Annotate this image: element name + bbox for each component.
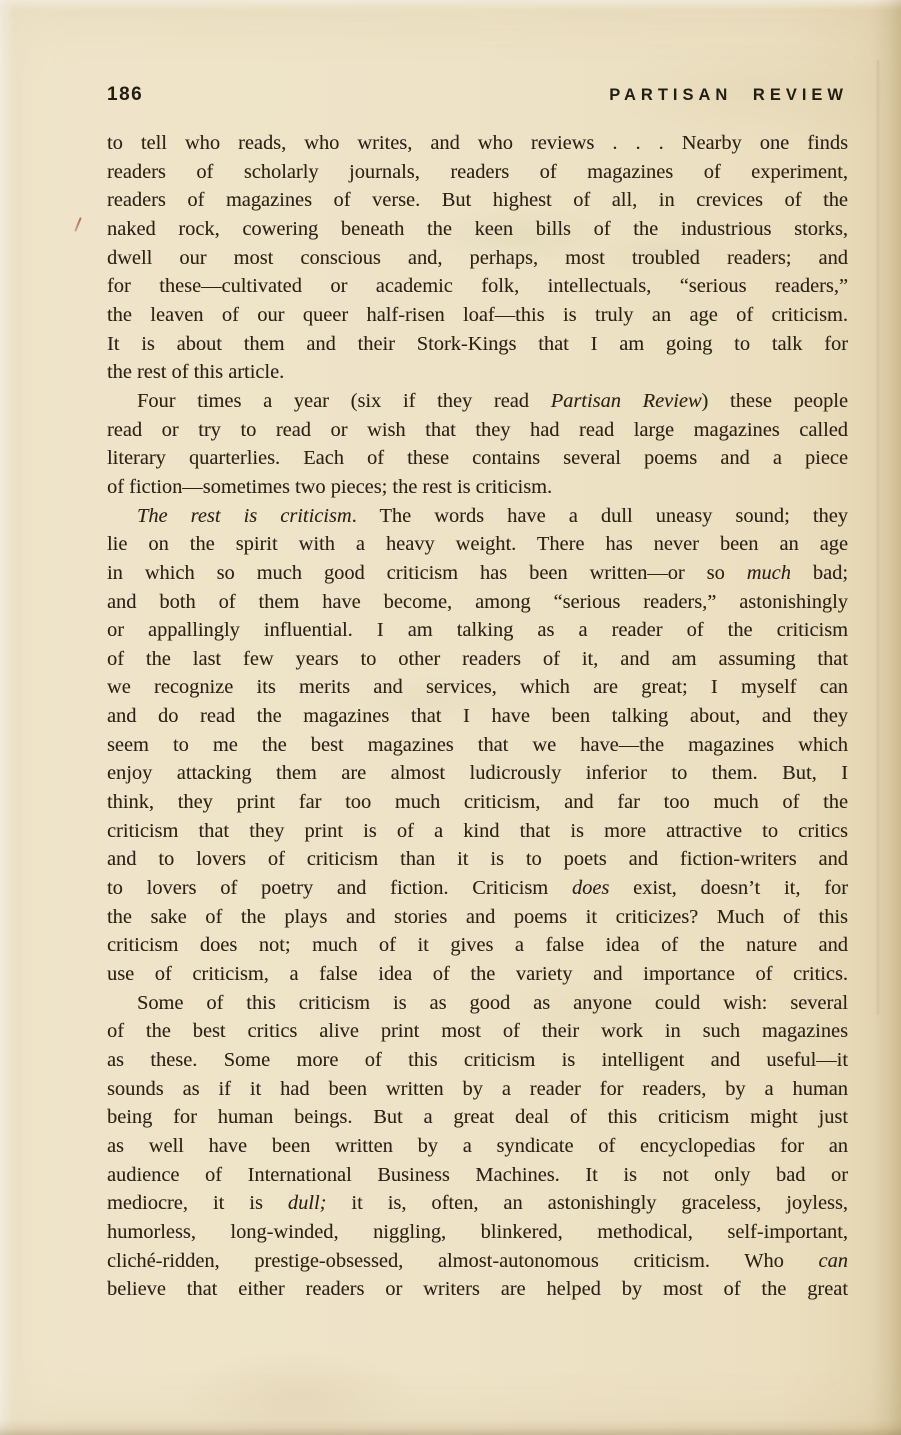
text-line: of fiction—sometimes two pieces; the res… xyxy=(107,473,848,502)
text-line: The rest is criticism. The words have a … xyxy=(107,502,848,531)
text-line: the rest of this article. xyxy=(107,358,848,387)
text-line: to tell who reads, who writes, and who r… xyxy=(107,129,848,158)
text-line: we recognize its merits and services, wh… xyxy=(107,673,848,702)
article-body: to tell who reads, who writes, and who r… xyxy=(107,129,848,1304)
text-line: the leaven of our queer half-risen loaf—… xyxy=(107,301,848,330)
text-line: lie on the spirit with a heavy weight. T… xyxy=(107,530,848,559)
text-line: Four times a year (six if they read Part… xyxy=(107,387,848,416)
text-line: sounds as if it had been written by a re… xyxy=(107,1075,848,1104)
text-line: It is about them and their Stork-Kings t… xyxy=(107,330,848,359)
text-line: dwell our most conscious and, perhaps, m… xyxy=(107,244,848,273)
page-edge-bottom xyxy=(0,1419,901,1435)
text-line: of the best critics alive print most of … xyxy=(107,1017,848,1046)
running-head: PARTISAN REVIEW xyxy=(609,86,848,105)
page-number: 186 xyxy=(107,84,143,106)
text-line: read or try to read or wish that they ha… xyxy=(107,416,848,445)
text-line: think, they print far too much criticism… xyxy=(107,788,848,817)
text-line: as well have been written by a syndicate… xyxy=(107,1132,848,1161)
text-line: to lovers of poetry and fiction. Critici… xyxy=(107,874,848,903)
text-line: in which so much good criticism has been… xyxy=(107,559,848,588)
text-line: readers of scholarly journals, readers o… xyxy=(107,158,848,187)
text-line: and both of them have become, among “ser… xyxy=(107,588,848,617)
page-crease xyxy=(876,60,880,1015)
text-line: enjoy attacking them are almost ludicrou… xyxy=(107,759,848,788)
margin-mark xyxy=(74,217,82,232)
text-line: or appallingly influential. I am talking… xyxy=(107,616,848,645)
text-line: naked rock, cowering beneath the keen bi… xyxy=(107,215,848,244)
text-line: use of criticism, a false idea of the va… xyxy=(107,960,848,989)
text-line: being for human beings. But a great deal… xyxy=(107,1103,848,1132)
text-line: of the last few years to other readers o… xyxy=(107,645,848,674)
text-line: as these. Some more of this criticism is… xyxy=(107,1046,848,1075)
text-line: literary quarterlies. Each of these cont… xyxy=(107,444,848,473)
text-line: criticism that they print is of a kind t… xyxy=(107,817,848,846)
text-line: readers of magazines of verse. But highe… xyxy=(107,186,848,215)
text-line: seem to me the best magazines that we ha… xyxy=(107,731,848,760)
text-line: for these—cultivated or academic folk, i… xyxy=(107,272,848,301)
page-header: 186 PARTISAN REVIEW xyxy=(107,84,848,106)
text-line: and do read the magazines that I have be… xyxy=(107,702,848,731)
page-edge-left xyxy=(0,0,14,1435)
text-line: criticism does not; much of it gives a f… xyxy=(107,931,848,960)
text-line: and to lovers of criticism than it is to… xyxy=(107,845,848,874)
page-edge-top xyxy=(0,0,901,10)
text-line: mediocre, it is dull; it is, often, an a… xyxy=(107,1189,848,1218)
text-line: believe that either readers or writers a… xyxy=(107,1275,848,1304)
text-line: the sake of the plays and stories and po… xyxy=(107,903,848,932)
text-line: audience of International Business Machi… xyxy=(107,1161,848,1190)
scanned-page: 186 PARTISAN REVIEW to tell who reads, w… xyxy=(0,0,901,1435)
text-line: Some of this criticism is as good as any… xyxy=(107,989,848,1018)
text-line: cliché-ridden, prestige-obsessed, almost… xyxy=(107,1247,848,1276)
text-line: humorless, long-winded, niggling, blinke… xyxy=(107,1218,848,1247)
